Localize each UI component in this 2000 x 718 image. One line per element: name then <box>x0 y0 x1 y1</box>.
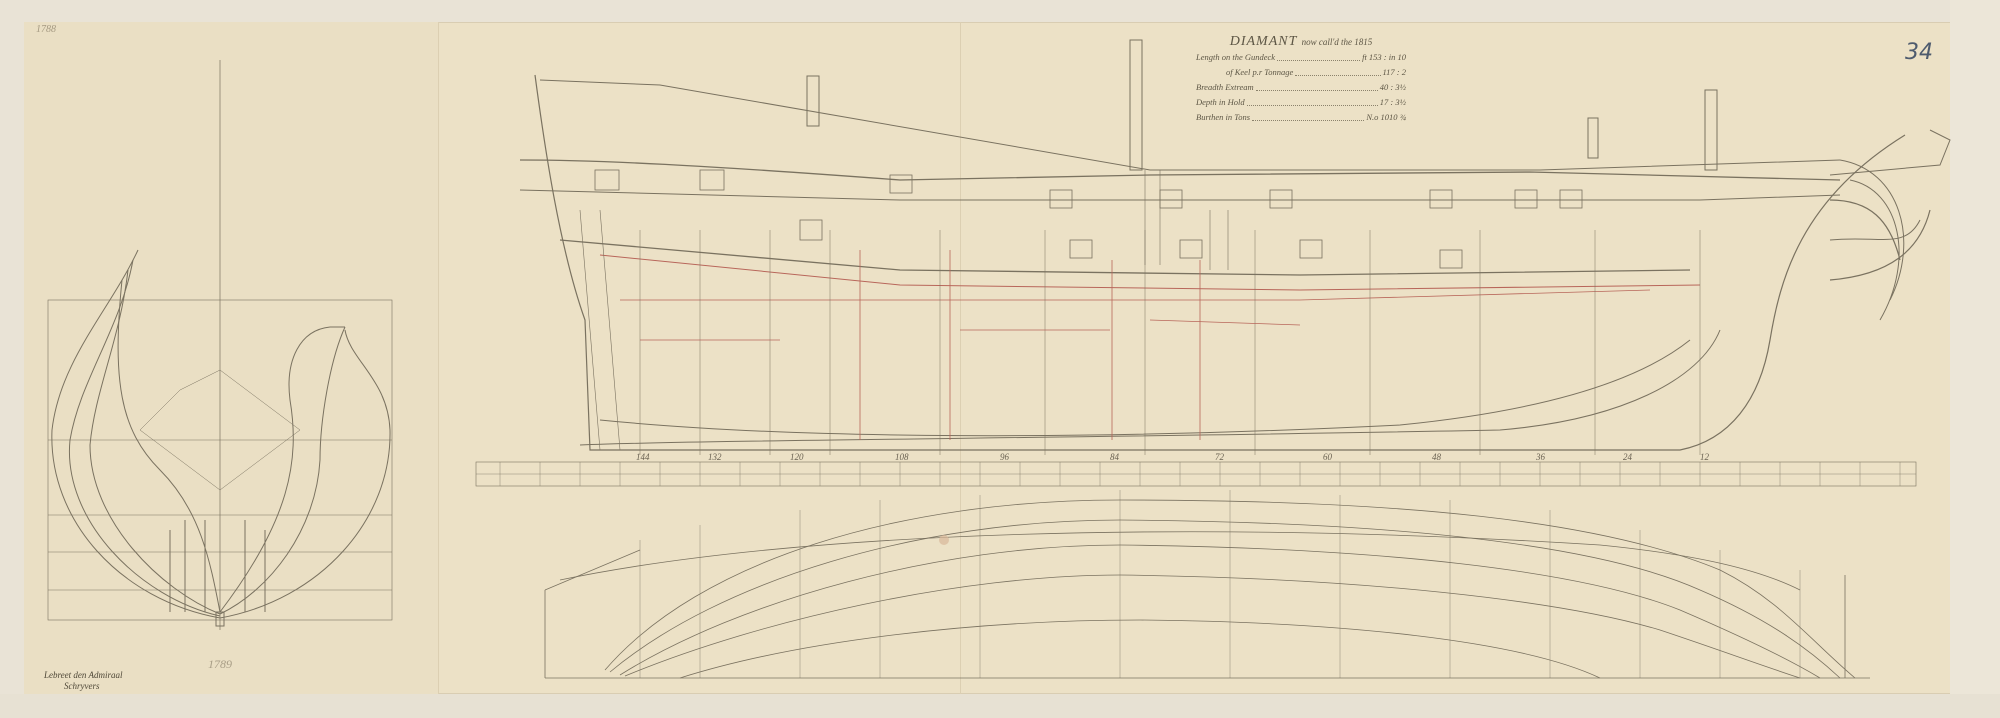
signature: Lebreet den Admiraal Schryvers <box>44 670 123 692</box>
ship-subtitle: now call'd the 1815 <box>1302 37 1373 47</box>
station-label: 108 <box>895 452 909 462</box>
spec-value: 117 : 2 <box>1383 65 1406 80</box>
station-label: 72 <box>1215 452 1224 462</box>
catalog-mark: 1788 <box>36 24 56 35</box>
station-label: 48 <box>1432 452 1441 462</box>
spec-row: Length on the Gundeck ft 153 : in 10 <box>1196 50 1406 65</box>
spec-row: Breadth Extream 40 : 3½ <box>1196 80 1406 95</box>
spec-value: 17 : 3½ <box>1380 95 1406 110</box>
sheet-number: 34 <box>1905 40 1933 65</box>
spec-row: Burthen in Tons N.o 1010 ¾ <box>1196 110 1406 125</box>
spec-value: ft 153 : in 10 <box>1362 50 1406 65</box>
station-label: 84 <box>1110 452 1119 462</box>
title-block: DIAMANT now call'd the 1815 Length on th… <box>1196 34 1406 125</box>
station-label: 120 <box>790 452 804 462</box>
station-label: 36 <box>1536 452 1545 462</box>
scale-bar <box>476 462 1916 486</box>
leader-dots <box>1295 65 1380 76</box>
signature-line: Lebreet den Admiraal <box>44 670 123 681</box>
spec-row: of Keel p.r Tonnage 117 : 2 <box>1196 65 1406 80</box>
spec-value: N.o 1010 ¾ <box>1366 110 1406 125</box>
ship-draught-drawing <box>0 0 2000 718</box>
leader-dots <box>1256 80 1378 91</box>
spec-label: Burthen in Tons <box>1196 110 1250 125</box>
spec-label: of Keel p.r Tonnage <box>1226 65 1293 80</box>
station-label: 144 <box>636 452 650 462</box>
pencil-number: 1789 <box>208 657 232 672</box>
ship-title: DIAMANT now call'd the 1815 <box>1196 34 1406 50</box>
station-label: 60 <box>1323 452 1332 462</box>
spec-label: Length on the Gundeck <box>1196 50 1275 65</box>
ship-name: DIAMANT <box>1230 34 1297 49</box>
spec-row: Depth in Hold 17 : 3½ <box>1196 95 1406 110</box>
leader-dots <box>1277 50 1360 61</box>
stain <box>939 535 949 545</box>
station-label: 12 <box>1700 452 1709 462</box>
half-breadth-plan <box>545 490 1870 678</box>
body-plan <box>48 60 392 630</box>
spec-label: Breadth Extream <box>1196 80 1254 95</box>
leader-dots <box>1247 95 1378 106</box>
spec-value: 40 : 3½ <box>1380 80 1406 95</box>
spec-label: Depth in Hold <box>1196 95 1245 110</box>
leader-dots <box>1252 110 1364 121</box>
station-label: 96 <box>1000 452 1009 462</box>
signature-line: Schryvers <box>44 681 123 692</box>
station-label: 132 <box>708 452 722 462</box>
station-label: 24 <box>1623 452 1632 462</box>
